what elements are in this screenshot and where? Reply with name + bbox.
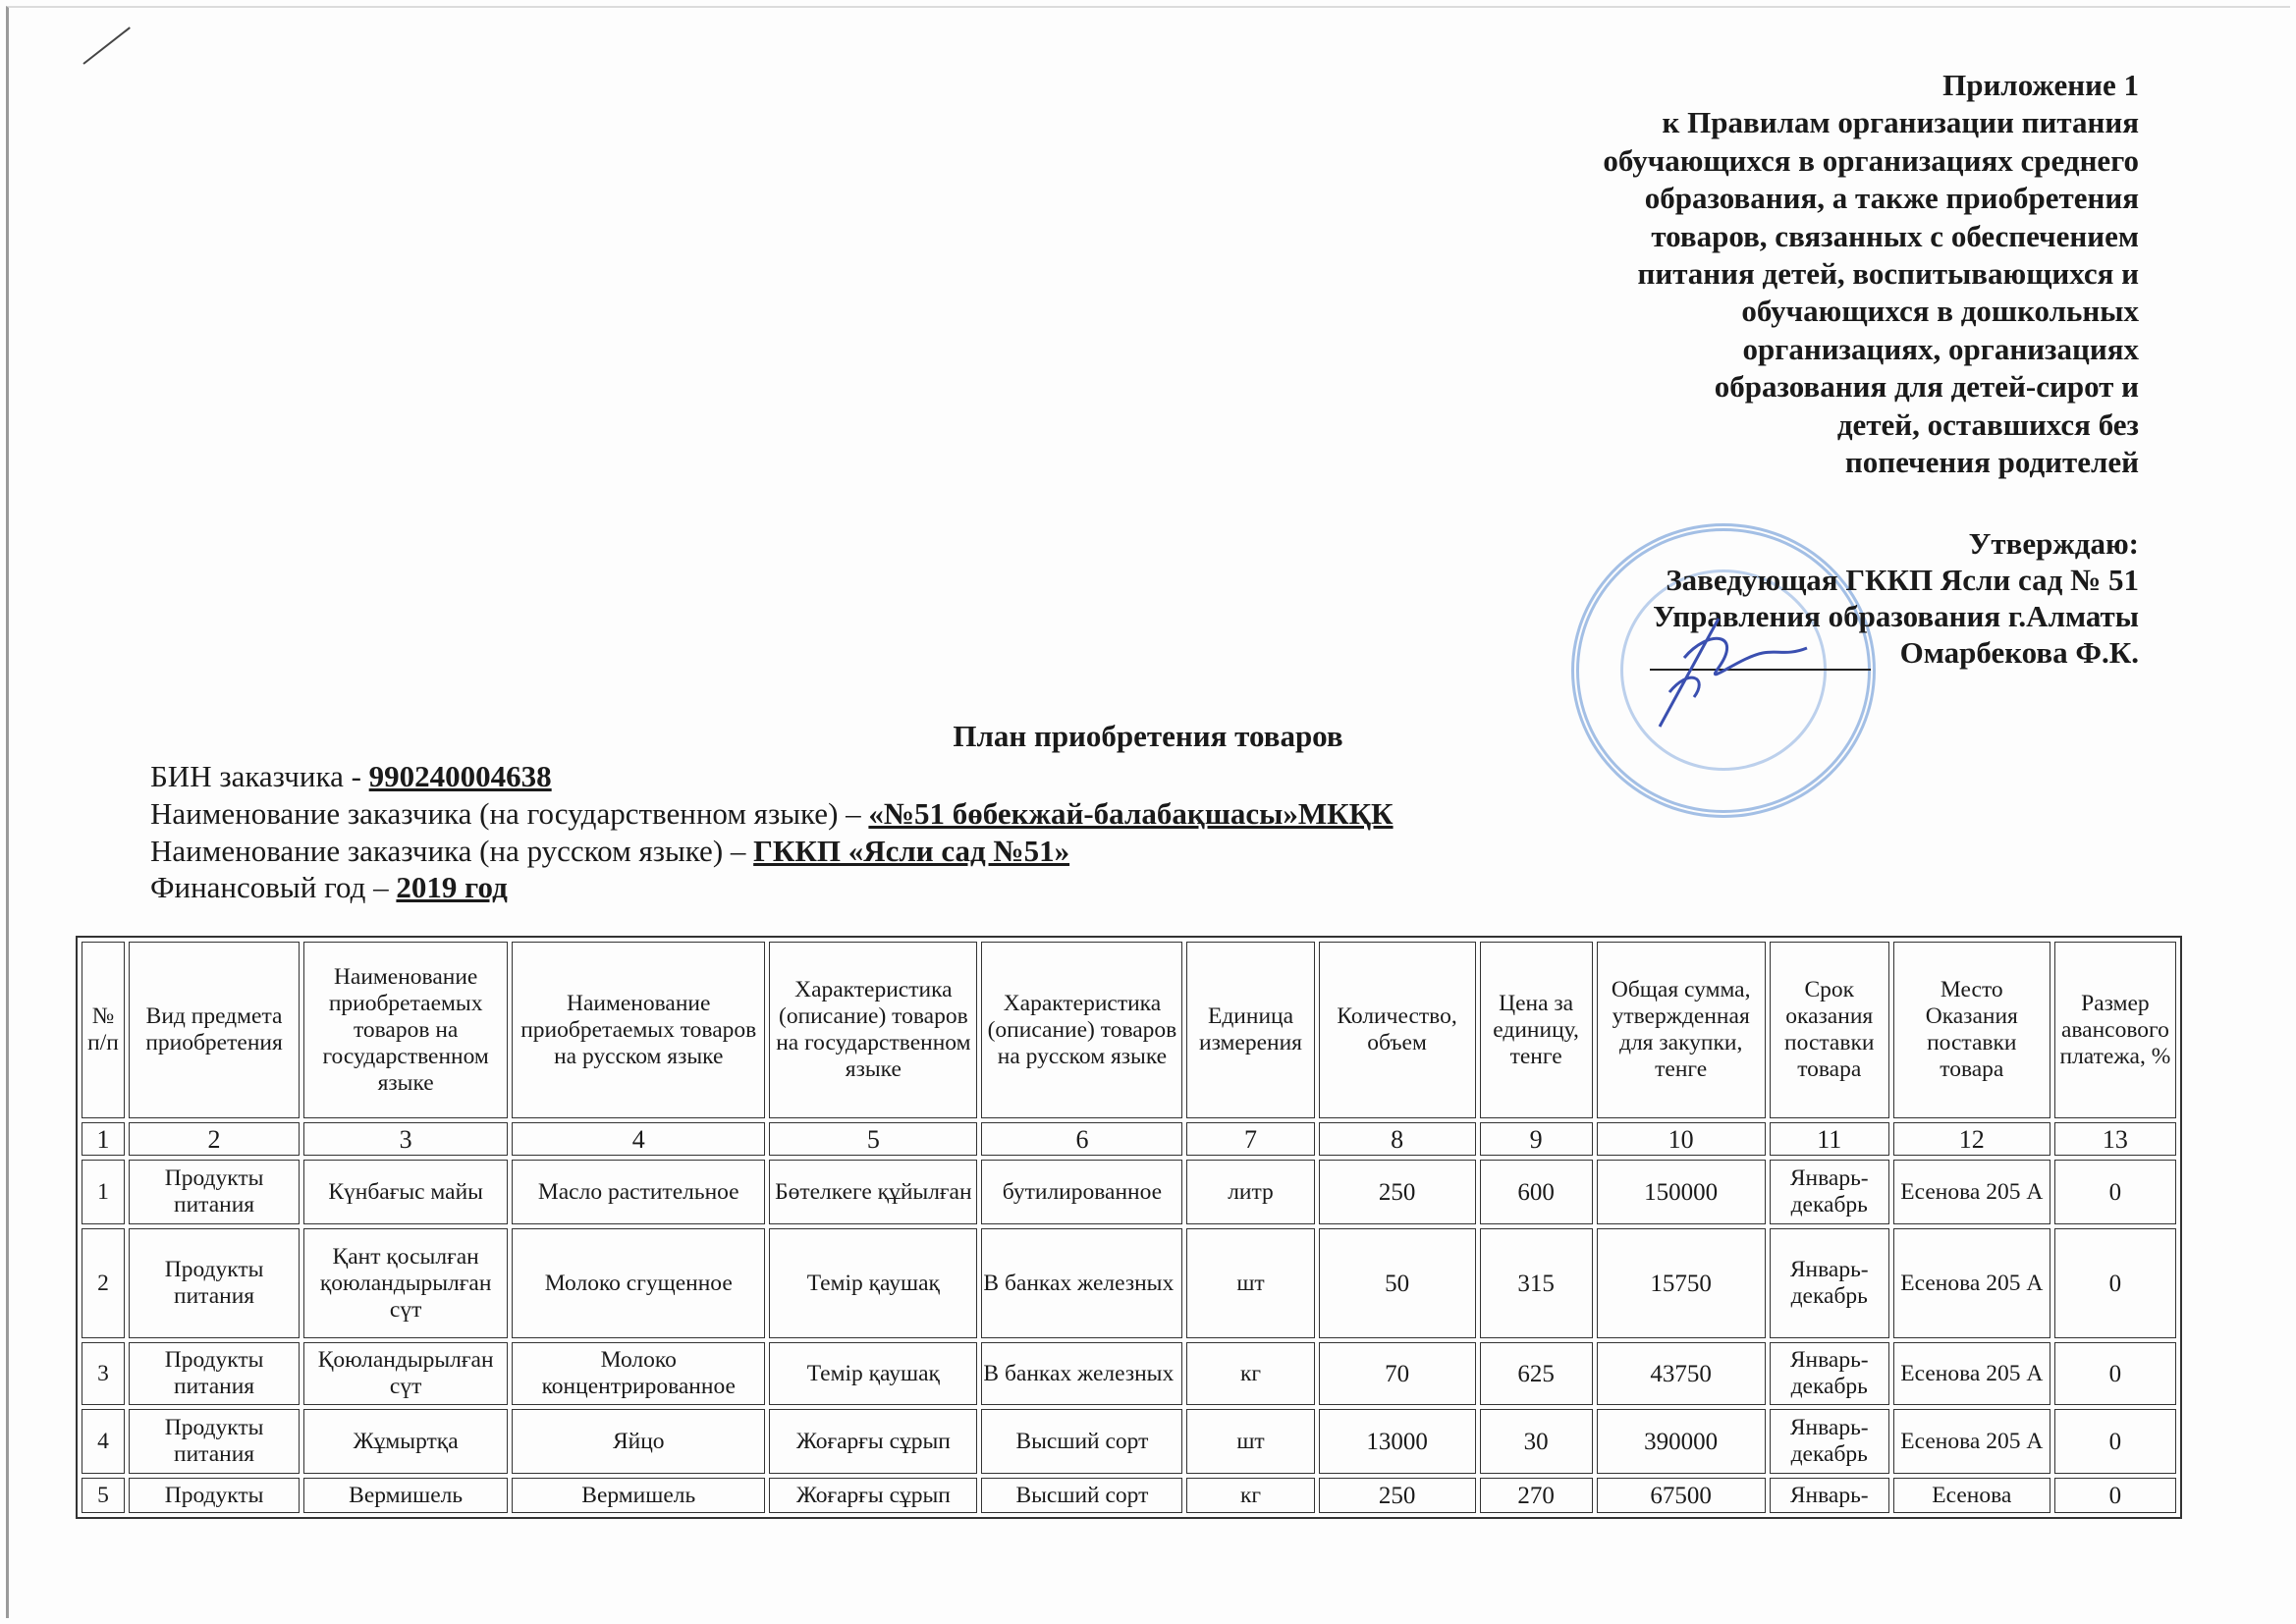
cell-total: 15750 [1597, 1228, 1766, 1338]
cell-total: 67500 [1597, 1478, 1766, 1513]
column-number: 8 [1319, 1122, 1476, 1156]
cell-place: Есенова 205 А [1893, 1342, 2050, 1405]
name-ru-label: Наименование заказчика (на русском языке… [150, 834, 753, 868]
cell-type: Продукты питания [129, 1342, 300, 1405]
cell-desc-ru: В банках железных [981, 1228, 1182, 1338]
cell-unit: литр [1186, 1160, 1314, 1224]
cell-type: Продукты питания [129, 1160, 300, 1224]
cell-place: Есенова [1893, 1478, 2050, 1513]
header-cell: Общая сумма, утвержденная для закупки, т… [1597, 942, 1766, 1118]
cell-advance: 0 [2054, 1342, 2176, 1405]
table-row: 1 Продукты питания Күнбағыс майы Масло р… [82, 1160, 2176, 1224]
column-number: 1 [82, 1122, 125, 1156]
header-cell: Характеристика (описание) товаров на рус… [981, 942, 1182, 1118]
name-ru-value: ГККП «Ясли сад №51» [753, 834, 1069, 868]
column-number: 5 [769, 1122, 977, 1156]
header-cell: Вид предмета приобретения [129, 942, 300, 1118]
header-cell: Размер авансового платежа, % [2054, 942, 2176, 1118]
bin-value: 990240004638 [369, 759, 552, 793]
cell-term: Январь- [1770, 1478, 1889, 1513]
cell-name-ru: Вермишель [512, 1478, 765, 1513]
cell-name-ru: Яйцо [512, 1409, 765, 1474]
cell-desc-kz: Темір қаушақ [769, 1228, 977, 1338]
cell-advance: 0 [2054, 1160, 2176, 1224]
header-cell: Наименование приобретаемых товаров на го… [303, 942, 508, 1118]
cell-desc-kz: Жоғарғы сұрып [769, 1478, 977, 1513]
cell-total: 43750 [1597, 1342, 1766, 1405]
cell-qty: 50 [1319, 1228, 1476, 1338]
name-state-value: «№51 бөбекжай-балабақшасы»МКҚК [868, 796, 1393, 831]
cell-place: Есенова 205 А [1893, 1160, 2050, 1224]
cell-unit: кг [1186, 1342, 1314, 1405]
cell-desc-ru: Высший сорт [981, 1409, 1182, 1474]
column-number-row: 1 2 3 4 5 6 7 8 9 10 11 12 13 [82, 1122, 2176, 1156]
cell-type: Продукты [129, 1478, 300, 1513]
column-number: 3 [303, 1122, 508, 1156]
cell-qty: 13000 [1319, 1409, 1476, 1474]
cell-number: 4 [82, 1409, 125, 1474]
table-row: 2 Продукты питания Қант қосылған қоюланд… [82, 1228, 2176, 1338]
appendix-line: товаров, связанных с обеспечением [1451, 218, 2139, 255]
cell-term: Январь-декабрь [1770, 1409, 1889, 1474]
appendix-line: питания детей, воспитывающихся и [1451, 255, 2139, 293]
column-number: 13 [2054, 1122, 2176, 1156]
cell-unit: шт [1186, 1409, 1314, 1474]
header-cell: Характеристика (описание) товаров на гос… [769, 942, 977, 1118]
appendix-title: Приложение 1 [1451, 67, 2139, 104]
cell-qty: 70 [1319, 1342, 1476, 1405]
header-cell: Единица измерения [1186, 942, 1314, 1118]
signature-icon [1650, 599, 1876, 736]
procurement-table: № п/п Вид предмета приобретения Наименов… [76, 936, 2182, 1519]
table-row: 3 Продукты питания Қоюландырылған сүт Мо… [82, 1342, 2176, 1405]
cell-term: Январь-декабрь [1770, 1160, 1889, 1224]
cell-price: 315 [1480, 1228, 1593, 1338]
header-cell: Срок оказания поставки товара [1770, 942, 1889, 1118]
cell-total: 390000 [1597, 1409, 1766, 1474]
cell-price: 30 [1480, 1409, 1593, 1474]
cell-name-kz: Күнбағыс майы [303, 1160, 508, 1224]
cell-term: Январь-декабрь [1770, 1228, 1889, 1338]
appendix-line: к Правилам организации питания [1451, 104, 2139, 141]
cell-number: 3 [82, 1342, 125, 1405]
appendix-line: попечения родителей [1451, 444, 2139, 481]
header-cell: Количество, объем [1319, 942, 1476, 1118]
cell-number: 1 [82, 1160, 125, 1224]
year-value: 2019 год [396, 870, 507, 904]
appendix-header: Приложение 1 к Правилам организации пита… [1451, 67, 2139, 481]
header-cell: Наименование приобретаемых товаров на ру… [512, 942, 765, 1118]
table-header-row: № п/п Вид предмета приобретения Наименов… [82, 942, 2176, 1118]
cell-advance: 0 [2054, 1478, 2176, 1513]
cell-name-ru: Молоко сгущенное [512, 1228, 765, 1338]
cell-price: 600 [1480, 1160, 1593, 1224]
table-row: 5 Продукты Вермишель Вермишель Жоғарғы с… [82, 1478, 2176, 1513]
column-number: 9 [1480, 1122, 1593, 1156]
year-label: Финансовый год – [150, 870, 396, 904]
cell-name-kz: Қант қосылған қоюландырылған сүт [303, 1228, 508, 1338]
cell-number: 5 [82, 1478, 125, 1513]
cell-qty: 250 [1319, 1160, 1476, 1224]
cell-desc-ru: Высший сорт [981, 1478, 1182, 1513]
column-number: 11 [1770, 1122, 1889, 1156]
header-cell: Место Оказания поставки товара [1893, 942, 2050, 1118]
cell-type: Продукты питания [129, 1409, 300, 1474]
cell-name-kz: Қоюландырылған сүт [303, 1342, 508, 1405]
column-number: 10 [1597, 1122, 1766, 1156]
approval-position-1: Заведующая ГККП Ясли сад № 51 [1451, 562, 2139, 598]
cell-desc-ru: бутилированное [981, 1160, 1182, 1224]
column-number: 4 [512, 1122, 765, 1156]
cell-place: Есенова 205 А [1893, 1228, 2050, 1338]
cell-term: Январь-декабрь [1770, 1342, 1889, 1405]
appendix-line: организациях, организациях [1451, 331, 2139, 368]
name-ru-row: Наименование заказчика (на русском языке… [150, 833, 1394, 870]
appendix-line: образования, а также приобретения [1451, 180, 2139, 217]
name-state-label: Наименование заказчика (на государственн… [150, 796, 868, 831]
cell-unit: шт [1186, 1228, 1314, 1338]
cell-desc-ru: В банках железных [981, 1342, 1182, 1405]
cell-price: 270 [1480, 1478, 1593, 1513]
cell-total: 150000 [1597, 1160, 1766, 1224]
column-number: 6 [981, 1122, 1182, 1156]
bin-row: БИН заказчика - 990240004638 [150, 758, 1394, 795]
name-state-row: Наименование заказчика (на государственн… [150, 795, 1394, 833]
approval-label: Утверждаю: [1451, 525, 2139, 562]
column-number: 7 [1186, 1122, 1314, 1156]
document-title: План приобретения товаров [0, 719, 2296, 754]
cell-desc-kz: Темір қаушақ [769, 1342, 977, 1405]
column-number: 2 [129, 1122, 300, 1156]
cell-place: Есенова 205 А [1893, 1409, 2050, 1474]
table-row: 4 Продукты питания Жұмыртқа Яйцо Жоғарғы… [82, 1409, 2176, 1474]
cell-desc-kz: Бөтелкеге құйылған [769, 1160, 977, 1224]
appendix-line: образования для детей-сирот и [1451, 368, 2139, 406]
header-cell: Цена за единицу, тенге [1480, 942, 1593, 1118]
cell-advance: 0 [2054, 1228, 2176, 1338]
header-cell: № п/п [82, 942, 125, 1118]
column-number: 12 [1893, 1122, 2050, 1156]
customer-info: БИН заказчика - 990240004638 Наименовани… [150, 758, 1394, 906]
year-row: Финансовый год – 2019 год [150, 869, 1394, 906]
cell-advance: 0 [2054, 1409, 2176, 1474]
cell-unit: кг [1186, 1478, 1314, 1513]
cell-qty: 250 [1319, 1478, 1476, 1513]
cell-name-ru: Молоко концентрированное [512, 1342, 765, 1405]
cell-price: 625 [1480, 1342, 1593, 1405]
cell-name-kz: Вермишель [303, 1478, 508, 1513]
appendix-line: обучающихся в дошкольных [1451, 293, 2139, 330]
cell-desc-kz: Жоғарғы сұрып [769, 1409, 977, 1474]
appendix-line: обучающихся в организациях среднего [1451, 142, 2139, 180]
cell-number: 2 [82, 1228, 125, 1338]
cell-name-kz: Жұмыртқа [303, 1409, 508, 1474]
bin-label: БИН заказчика - [150, 759, 369, 793]
cell-name-ru: Масло растительное [512, 1160, 765, 1224]
cell-type: Продукты питания [129, 1228, 300, 1338]
appendix-line: детей, оставшихся без [1451, 406, 2139, 444]
